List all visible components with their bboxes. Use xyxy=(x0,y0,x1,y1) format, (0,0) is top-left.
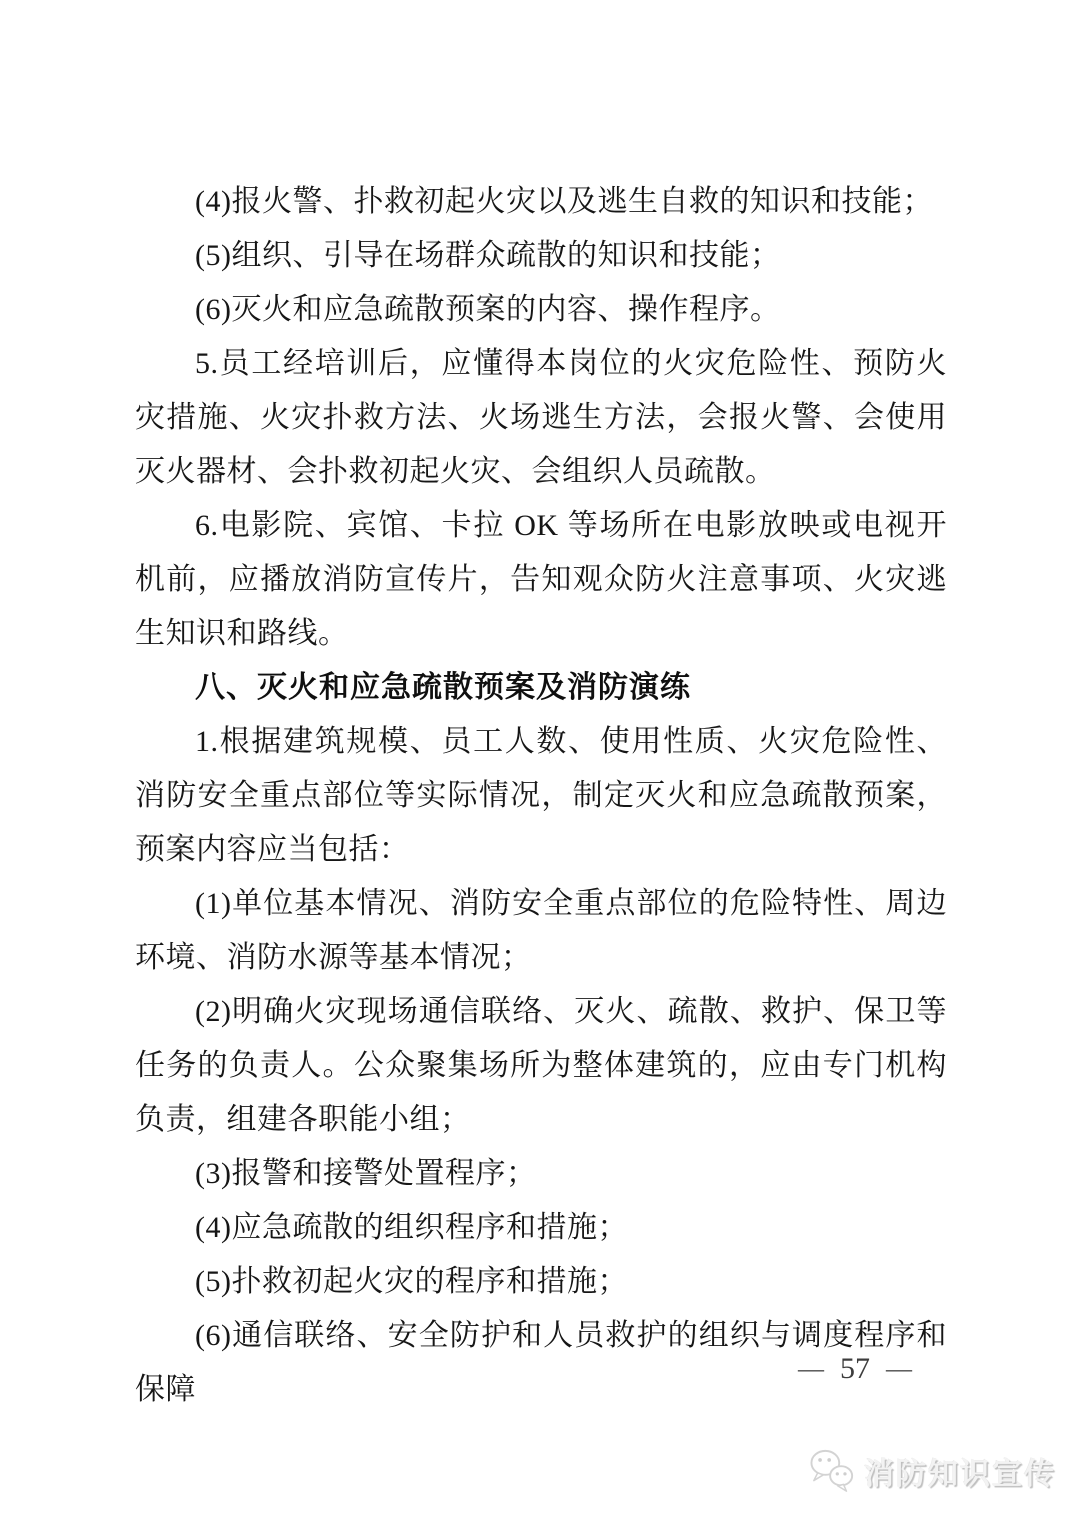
paragraph: (3)报警和接警处置程序； xyxy=(135,1147,947,1201)
paragraph: (1)单位基本情况、消防安全重点部位的危险特性、周边环境、消防水源等基本情况； xyxy=(135,877,947,985)
wechat-icon xyxy=(809,1448,857,1494)
paragraph: 1.根据建筑规模、员工人数、使用性质、火灾危险性、消防安全重点部位等实际情况，制… xyxy=(135,715,947,877)
section-heading: 八、灭火和应急疏散预案及消防演练 xyxy=(135,661,947,715)
paragraph: (4)应急疏散的组织程序和措施； xyxy=(135,1201,947,1255)
watermark: 消防知识宣传 xyxy=(809,1448,1056,1494)
paragraph: (5)组织、引导在场群众疏散的知识和技能； xyxy=(135,229,947,283)
document-body: (4)报火警、扑救初起火灾以及逃生自救的知识和技能；(5)组织、引导在场群众疏散… xyxy=(135,175,947,1417)
paragraph: (5)扑救初起火灾的程序和措施； xyxy=(135,1255,947,1309)
page-number: 57 xyxy=(840,1352,870,1386)
watermark-label: 消防知识宣传 xyxy=(864,1449,1056,1493)
paragraph: (4)报火警、扑救初起火灾以及逃生自救的知识和技能； xyxy=(135,175,947,229)
page-footer: — 57 — xyxy=(798,1352,912,1386)
paragraph: 6.电影院、宾馆、卡拉 OK 等场所在电影放映或电视开机前，应播放消防宣传片，告… xyxy=(135,499,947,661)
paragraph: (2)明确火灾现场通信联络、灭火、疏散、救护、保卫等任务的负责人。公众聚集场所为… xyxy=(135,985,947,1147)
document-page: (4)报火警、扑救初起火灾以及逃生自救的知识和技能；(5)组织、引导在场群众疏散… xyxy=(0,0,1080,1527)
footer-dash-right: — xyxy=(886,1354,912,1384)
paragraph: (6)灭火和应急疏散预案的内容、操作程序。 xyxy=(135,283,947,337)
footer-dash-left: — xyxy=(798,1354,824,1384)
paragraph: 5.员工经培训后，应懂得本岗位的火灾危险性、预防火灾措施、火灾扑救方法、火场逃生… xyxy=(135,337,947,499)
